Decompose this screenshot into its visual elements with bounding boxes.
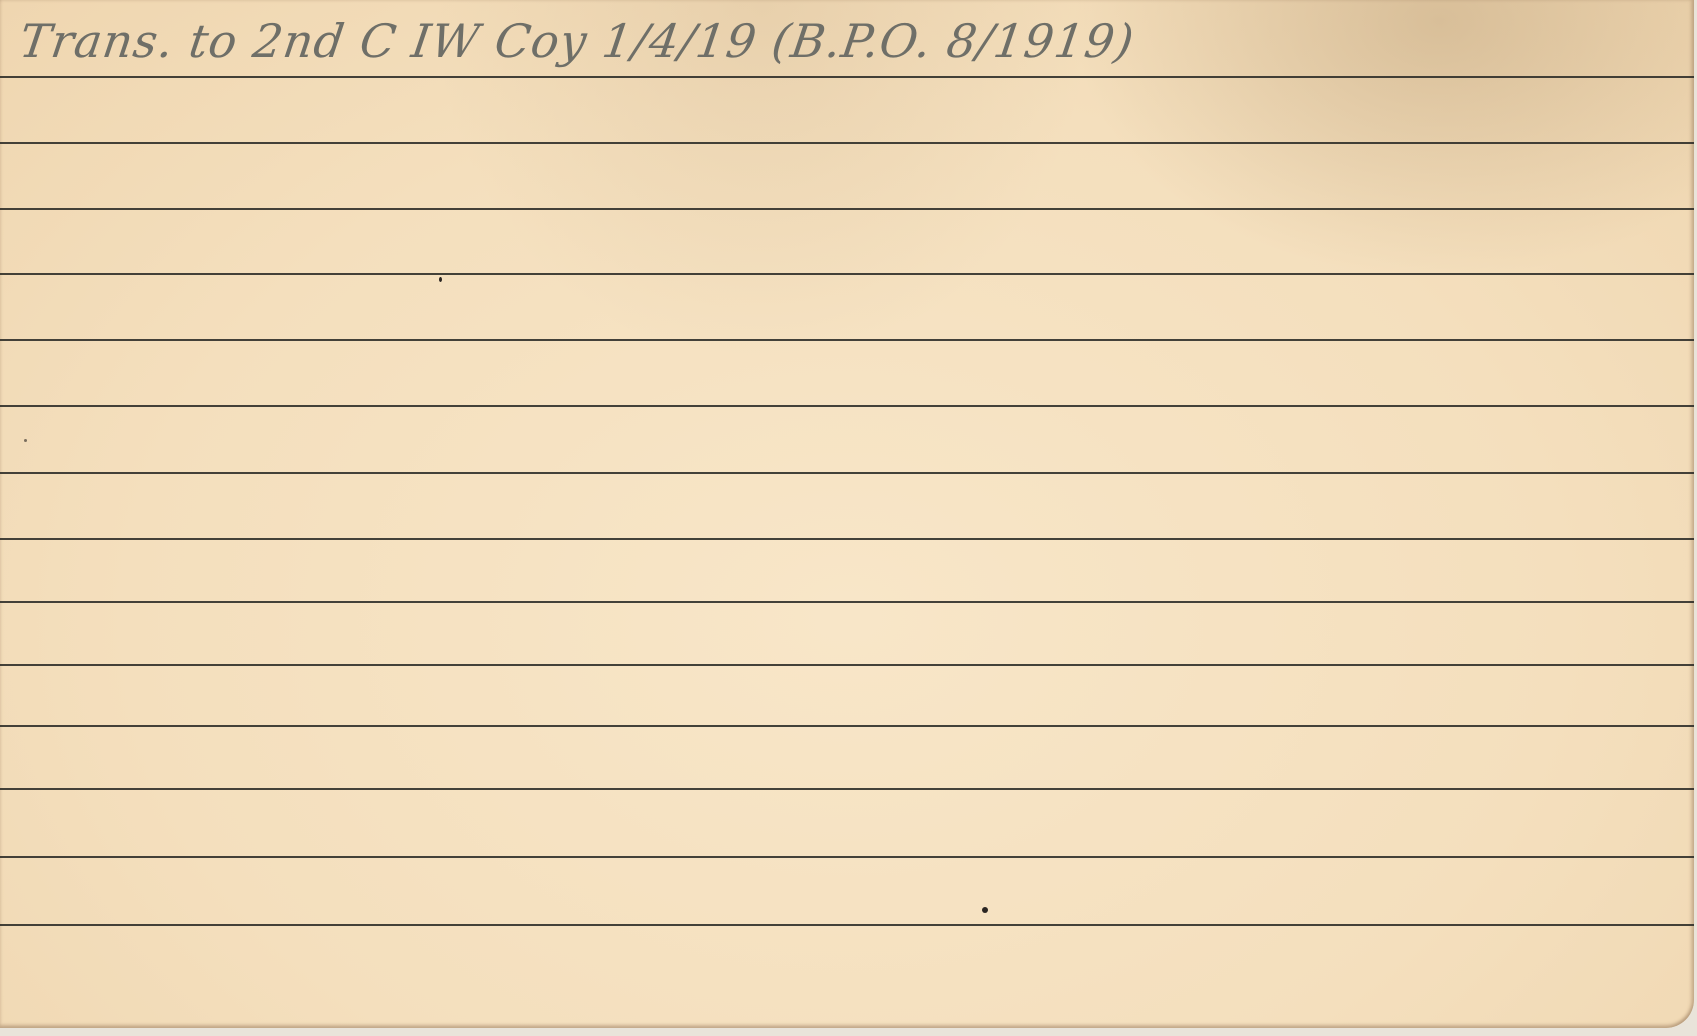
ruled-line [0,725,1694,727]
ruled-line [0,142,1694,144]
index-card: Trans. to 2nd C IW Coy 1/4/19 (B.P.O. 8/… [0,0,1694,1028]
handwritten-note: Trans. to 2nd C IW Coy 1/4/19 (B.P.O. 8/… [16,14,1138,68]
ink-speck [24,439,27,442]
ruled-line [0,405,1694,407]
ruled-line [0,538,1694,540]
ruled-line [0,924,1694,926]
ruled-line [0,339,1694,341]
ruled-line [0,788,1694,790]
ruled-line [0,856,1694,858]
ruled-line [0,664,1694,666]
ruled-line [0,601,1694,603]
ruled-line [0,76,1694,78]
ink-speck [439,277,442,282]
ruled-line [0,472,1694,474]
ink-speck [982,907,988,913]
ruled-line [0,208,1694,210]
ruled-line [0,273,1694,275]
